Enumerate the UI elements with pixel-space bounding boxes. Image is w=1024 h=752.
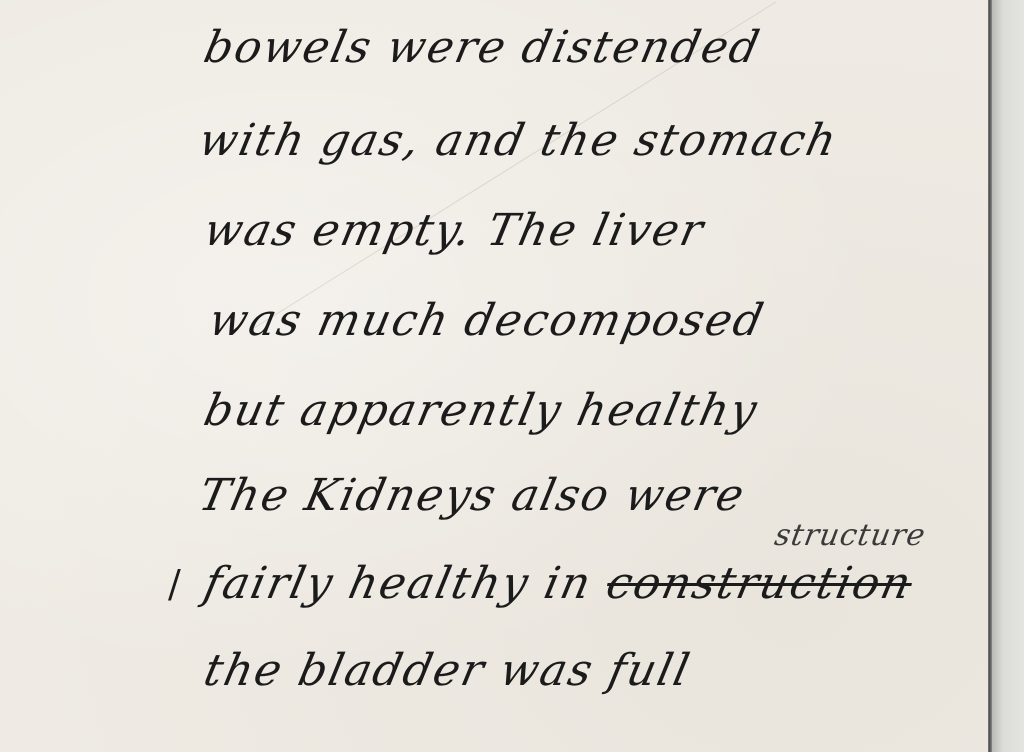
- margin-mark: /: [168, 562, 181, 606]
- backing-sheet: [992, 0, 1024, 752]
- handwritten-line-5: but apparently healthy: [200, 385, 763, 436]
- struck-out-word: construction: [602, 558, 917, 609]
- handwritten-line-3: was empty. The liver: [200, 205, 710, 256]
- manuscript-page: bowels were distended with gas, and the …: [0, 0, 990, 752]
- line-7-text: fairly healthy in: [200, 558, 597, 609]
- handwritten-line-6: The Kidneys also were: [195, 470, 751, 521]
- handwritten-line-8: the bladder was full: [200, 645, 696, 696]
- handwritten-line-2: with gas, and the stomach: [195, 115, 843, 166]
- handwritten-line-7: fairly healthy in construction: [200, 558, 918, 609]
- interlinear-insertion: structure: [772, 518, 929, 553]
- handwritten-line-4: was much decomposed: [205, 295, 770, 346]
- handwritten-line-1: bowels were distended: [200, 22, 766, 73]
